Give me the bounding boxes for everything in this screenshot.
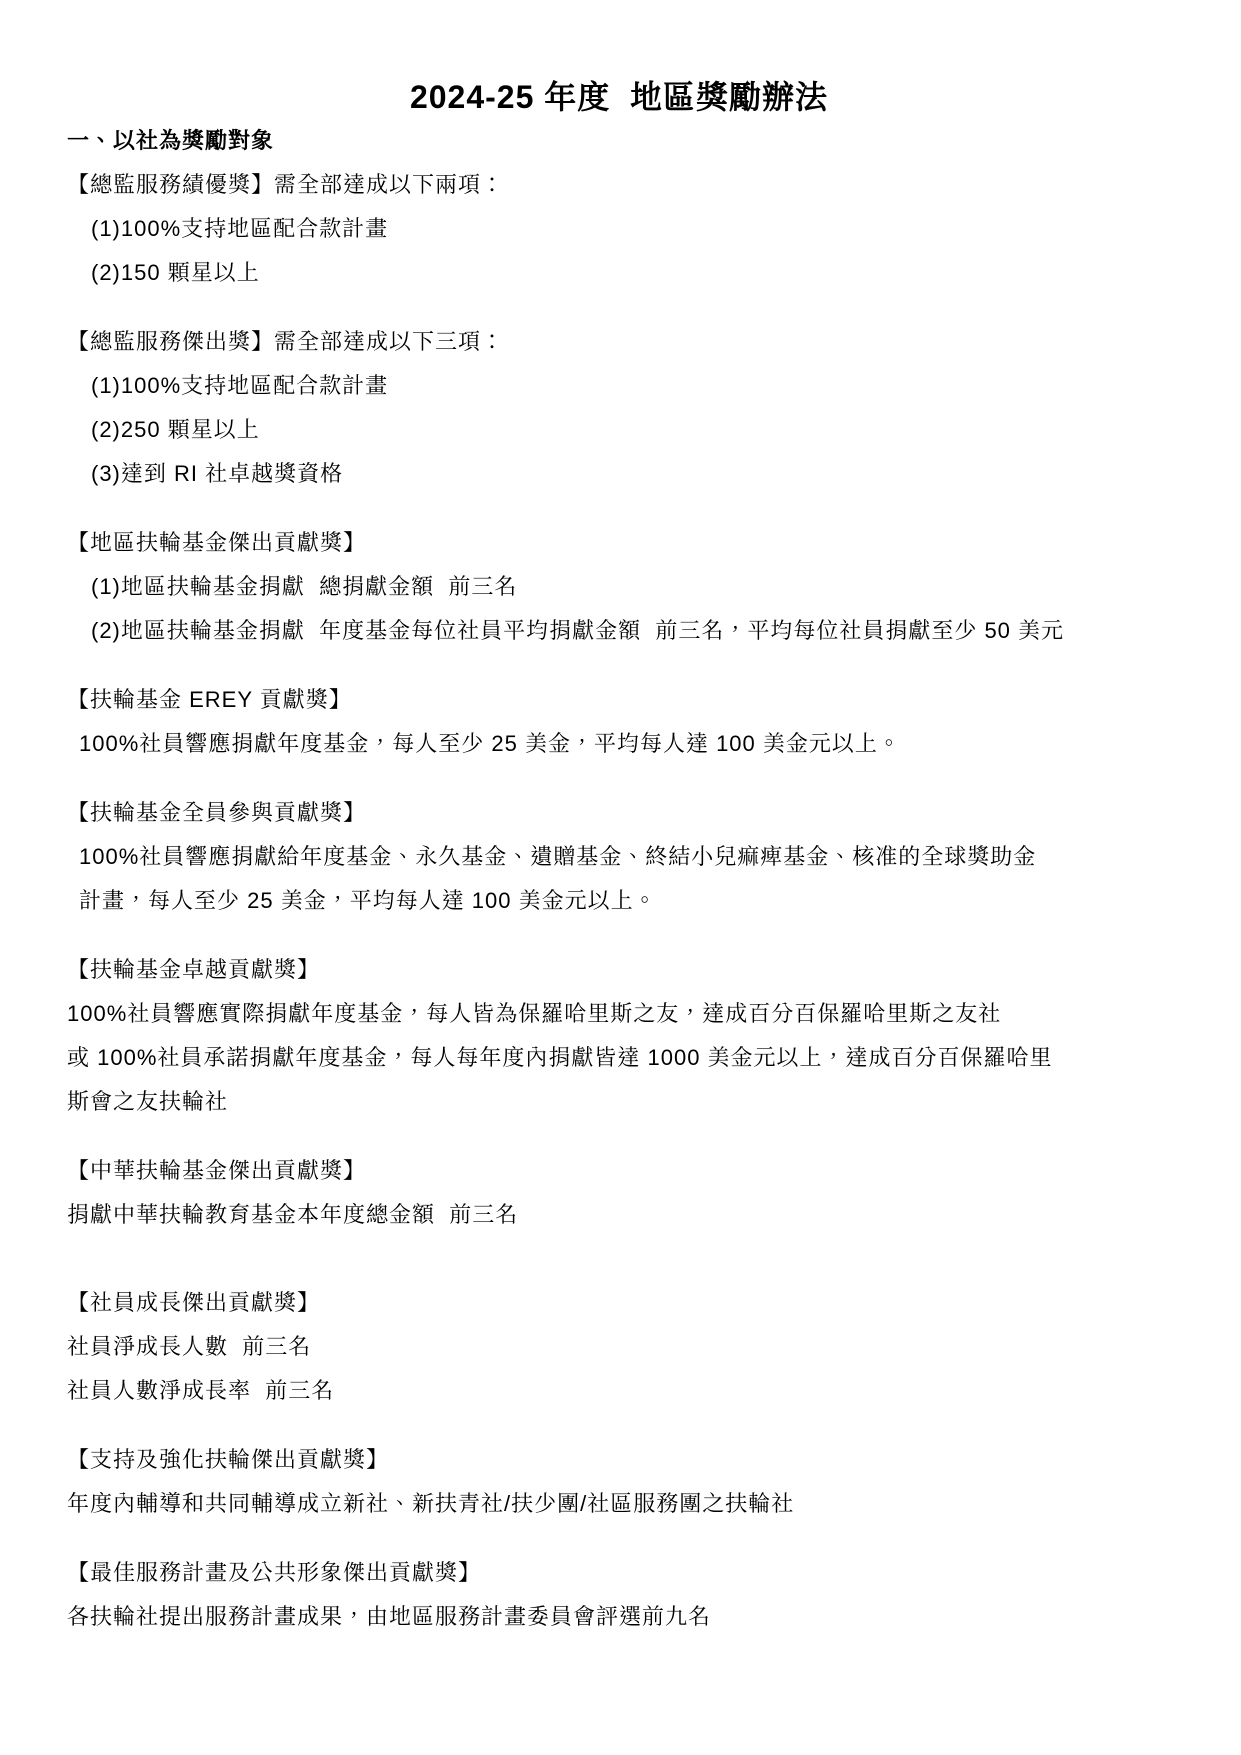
document-line: 各扶輪社提出服務計畫成果，由地區服務計畫委員會評選前九名 — [67, 1595, 1171, 1639]
award-section-title: 【中華扶輪基金傑出貢獻獎】 — [67, 1149, 1171, 1193]
section-gap — [67, 295, 1171, 320]
section-gap — [67, 923, 1171, 948]
section-gap — [67, 766, 1171, 791]
section-gap — [67, 1124, 1171, 1149]
award-section-governor-service-outstanding-award: 【總監服務傑出獎】需全部達成以下三項：(1)100%支持地區配合款計畫(2)25… — [67, 320, 1171, 496]
award-section-membership-growth-outstanding-contribution-award: 【社員成長傑出貢獻獎】社員淨成長人數 前三名社員人數淨成長率 前三名 — [67, 1281, 1171, 1413]
document-line: 社員淨成長人數 前三名 — [67, 1325, 1171, 1369]
document-line: (2)地區扶輪基金捐獻 年度基金每位社員平均捐獻金額 前三名，平均每位社員捐獻至… — [67, 609, 1171, 653]
award-section-chinese-rotary-foundation-outstanding-contribution-award: 【中華扶輪基金傑出貢獻獎】捐獻中華扶輪教育基金本年度總金額 前三名 — [67, 1149, 1171, 1237]
document-line: (1)100%支持地區配合款計畫 — [67, 364, 1171, 408]
document-line: 或 100%社員承諾捐獻年度基金，每人每年度內捐獻皆達 1000 美金元以上，達… — [67, 1036, 1171, 1080]
document-content: 2024-25 年度 地區獎勵辦法 一、以社為獎勵對象 【總監服務績優獎】需全部… — [0, 0, 1241, 1639]
award-section-title: 【扶輪基金全員參與貢獻獎】 — [67, 791, 1171, 835]
award-section-governor-service-excellence-award: 【總監服務績優獎】需全部達成以下兩項：(1)100%支持地區配合款計畫(2)15… — [67, 163, 1171, 295]
document-line: 斯會之友扶輪社 — [67, 1080, 1171, 1124]
award-section-support-strengthen-rotary-outstanding-contribution-award: 【支持及強化扶輪傑出貢獻獎】年度內輔導和共同輔導成立新社、新扶青社/扶少團/社區… — [67, 1438, 1171, 1526]
section-gap — [67, 1526, 1171, 1551]
award-section-rotary-foundation-erey-contribution-award: 【扶輪基金 EREY 貢獻獎】100%社員響應捐獻年度基金，每人至少 25 美金… — [67, 678, 1171, 766]
document-line: 捐獻中華扶輪教育基金本年度總金額 前三名 — [67, 1193, 1171, 1237]
section-gap — [67, 496, 1171, 521]
document-line: 年度內輔導和共同輔導成立新社、新扶青社/扶少團/社區服務團之扶輪社 — [67, 1482, 1171, 1526]
section-heading: 一、以社為獎勵對象 — [67, 119, 1171, 163]
award-sections: 【總監服務績優獎】需全部達成以下兩項：(1)100%支持地區配合款計畫(2)15… — [67, 163, 1171, 1639]
award-section-rotary-foundation-full-participation-contribution-award: 【扶輪基金全員參與貢獻獎】100%社員響應捐獻給年度基金、永久基金、遺贈基金、終… — [67, 791, 1171, 923]
document-line: (2)250 顆星以上 — [67, 408, 1171, 452]
section-gap — [67, 653, 1171, 678]
document-line: (1)100%支持地區配合款計畫 — [67, 207, 1171, 251]
document-title: 2024-25 年度 地區獎勵辦法 — [67, 75, 1171, 119]
document-line: 100%社員響應捐獻給年度基金、永久基金、遺贈基金、終結小兒痲痺基金、核准的全球… — [67, 835, 1171, 879]
award-section-title: 【社員成長傑出貢獻獎】 — [67, 1281, 1171, 1325]
section-gap — [67, 1413, 1171, 1438]
document-line: (2)150 顆星以上 — [67, 251, 1171, 295]
award-section-title: 【總監服務傑出獎】需全部達成以下三項： — [67, 320, 1171, 364]
document-line: (1)地區扶輪基金捐獻 總捐獻金額 前三名 — [67, 565, 1171, 609]
award-section-district-rotary-foundation-outstanding-contribution-award: 【地區扶輪基金傑出貢獻獎】(1)地區扶輪基金捐獻 總捐獻金額 前三名(2)地區扶… — [67, 521, 1171, 653]
award-section-title: 【支持及強化扶輪傑出貢獻獎】 — [67, 1438, 1171, 1482]
award-section-title: 【最佳服務計畫及公共形象傑出貢獻獎】 — [67, 1551, 1171, 1595]
document-line: 社員人數淨成長率 前三名 — [67, 1369, 1171, 1413]
section-gap — [67, 1237, 1171, 1281]
document-line: 計畫，每人至少 25 美金，平均每人達 100 美金元以上。 — [67, 879, 1171, 923]
award-section-title: 【總監服務績優獎】需全部達成以下兩項： — [67, 163, 1171, 207]
document-line: 100%社員響應實際捐獻年度基金，每人皆為保羅哈里斯之友，達成百分百保羅哈里斯之… — [67, 992, 1171, 1036]
document-line: 100%社員響應捐獻年度基金，每人至少 25 美金，平均每人達 100 美金元以… — [67, 722, 1171, 766]
document-page: 2024-25 年度 地區獎勵辦法 一、以社為獎勵對象 【總監服務績優獎】需全部… — [0, 0, 1241, 1755]
award-section-rotary-foundation-distinguished-contribution-award: 【扶輪基金卓越貢獻獎】100%社員響應實際捐獻年度基金，每人皆為保羅哈里斯之友，… — [67, 948, 1171, 1124]
award-section-best-service-project-public-image-outstanding-contribution-award: 【最佳服務計畫及公共形象傑出貢獻獎】各扶輪社提出服務計畫成果，由地區服務計畫委員… — [67, 1551, 1171, 1639]
document-line: (3)達到 RI 社卓越獎資格 — [67, 452, 1171, 496]
award-section-title: 【地區扶輪基金傑出貢獻獎】 — [67, 521, 1171, 565]
award-section-title: 【扶輪基金 EREY 貢獻獎】 — [67, 678, 1171, 722]
award-section-title: 【扶輪基金卓越貢獻獎】 — [67, 948, 1171, 992]
